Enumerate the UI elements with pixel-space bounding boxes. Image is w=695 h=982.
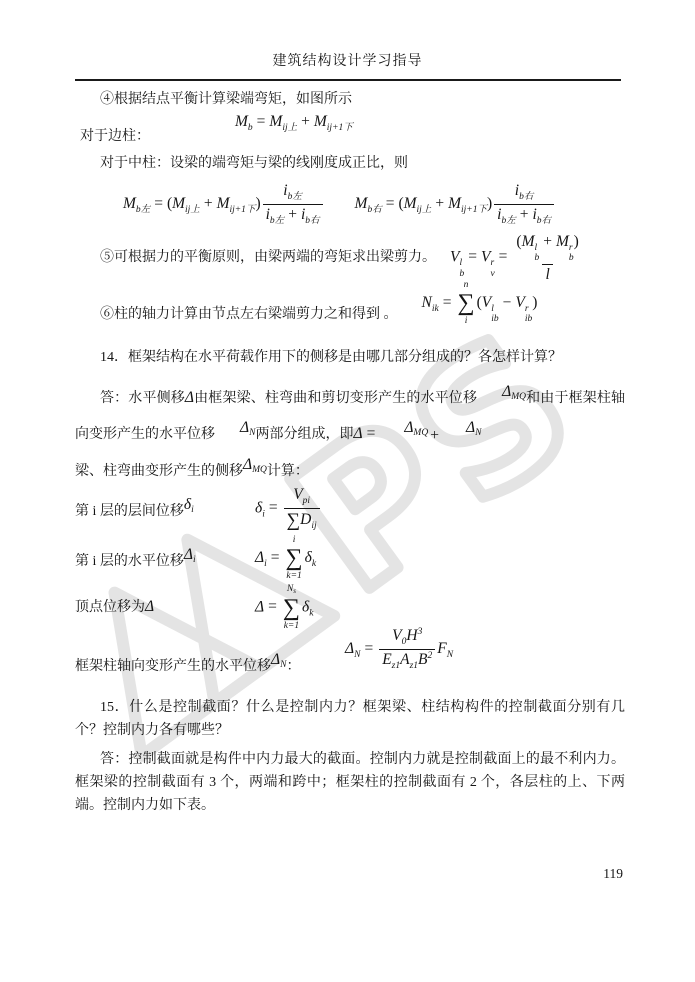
story-drift-label: 第 i 层的层间位移δi [75, 494, 255, 523]
formula-story-displacement: Δi=i∑k=1δk [255, 535, 316, 582]
formula-story-drift: δi=Vpi∑Dij [255, 485, 322, 533]
item-5-line: ⑤可根据力的平衡原则，由梁两端的弯矩求出梁剪力。 Vlb=Vrv=(Mlb+Mr… [75, 232, 625, 284]
header-title: 建筑结构设计学习指导 [273, 54, 423, 69]
document-page: P S 建筑结构设计学习指导 ④根据结点平衡计算梁端弯矩，如图所示 对于边柱： … [0, 0, 695, 982]
header-rule [75, 79, 621, 81]
answer-14: 答：水平侧移Δ由框架梁、柱弯曲和剪切变形产生的水平位移ΔMQ和由于框架柱轴向变形… [75, 377, 625, 450]
answer-15: 答：控制截面就是构件中内力最大的截面。控制内力就是控制截面上的最不利内力。框架梁… [75, 748, 625, 817]
page-number: 119 [603, 866, 623, 882]
axial-displacement-line: 框架柱轴向变形产生的水平位移ΔN： ΔN=V0H3Ez1Az1B2FN [75, 640, 625, 687]
story-displacement-label: 第 i 层的水平位移Δi [75, 544, 255, 573]
formula-beam-shear: Vlb=Vrv=(Mlb+Mrb)l [450, 232, 584, 284]
page-body: ④根据结点平衡计算梁端弯矩，如图所示 对于边柱： Mb=Mij上+Mij+1下 … [0, 89, 695, 817]
item-5-text: ⑤可根据力的平衡原则，由梁两端的弯矩求出梁剪力。 [75, 247, 436, 269]
formula-mb-left: Mb左=(Mij上+Mij+1下)ib左ib左+ib右 [123, 181, 325, 228]
story-displacement-line: 第 i 层的水平位移Δi Δi=i∑k=1δk [75, 535, 625, 582]
page-header: 建筑结构设计学习指导 [0, 0, 695, 70]
question-15: 15．什么是控制截面？什么是控制内力？框架梁、柱结构构件的控制截面分别有几个？控… [75, 696, 625, 742]
axial-displacement-label: 框架柱轴向变形产生的水平位移ΔN： [75, 649, 345, 678]
formula-top-displacement: Δ=Ns∑k=1δk [255, 584, 313, 632]
delta-mq-symbol: ΔMQ [243, 454, 267, 481]
delta-mq-symbol: ΔMQ [477, 377, 526, 412]
delta-n-symbol: ΔN [215, 413, 255, 448]
top-displacement-label: 顶点位移为Δ [75, 596, 255, 619]
middle-column-line: 对于中柱：设梁的端弯矩与梁的线刚度成正比，则 [75, 153, 625, 175]
story-drift-line: 第 i 层的层间位移δi δi=Vpi∑Dij [75, 485, 625, 533]
delta-symbol: Δ [185, 389, 194, 406]
middle-column-formulas: Mb左=(Mij上+Mij+1下)ib左ib左+ib右 Mb右=(Mij上+Mi… [123, 181, 625, 228]
item-4: ④根据结点平衡计算梁端弯矩，如图所示 [75, 89, 625, 111]
formula-mb-right: Mb右=(Mij上+Mij+1下)ib右ib左+ib右 [355, 181, 557, 228]
top-displacement-line: 顶点位移为Δ Δ=Ns∑k=1δk [75, 584, 625, 632]
formula-beam-end-moment: Mb=Mij上+Mij+1下 [235, 111, 353, 139]
formula-axial-displacement: ΔN=V0H3Ez1Az1B2FN [345, 626, 453, 673]
formula-delta-sum-inline: Δ=ΔMQ+ΔN [353, 425, 481, 442]
item-6-line: ⑥柱的轴力计算由节点左右梁端剪力之和得到 。 Nik=n∑i(Vlib−Vrib… [75, 292, 625, 339]
question-14: 14．框架结构在水平荷载作用下的侧移是由哪几部分组成的？各怎样计算？ [75, 347, 625, 369]
edge-column-line: 对于边柱： Mb=Mij上+Mij+1下 [75, 123, 625, 151]
mq-calc-line: 梁、柱弯曲变形产生的侧移ΔMQ计算： [75, 454, 625, 483]
item-6-text: ⑥柱的轴力计算由节点左右梁端剪力之和得到 。 [75, 304, 398, 326]
formula-column-axial-force: Nik=n∑i(Vlib−Vrib) [422, 280, 538, 327]
edge-column-label: 对于边柱： [80, 126, 150, 148]
